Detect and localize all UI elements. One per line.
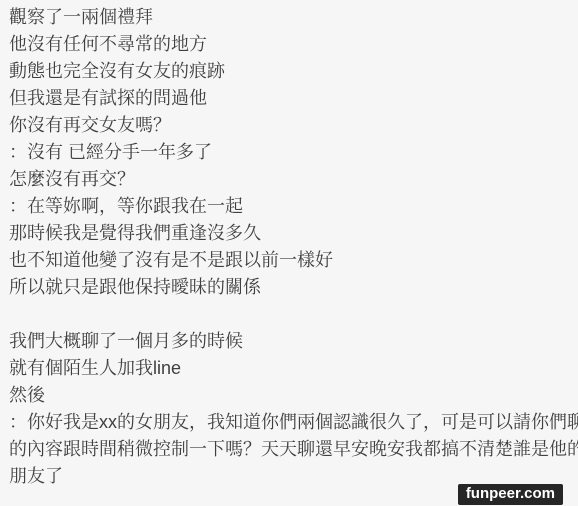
watermark-badge: funpeer.com [458, 484, 563, 505]
text-line: 我們大概聊了一個月多的時候 [9, 328, 570, 355]
text-line: 他沒有任何不尋常的地方 [9, 31, 570, 58]
text-line: 怎麼沒有再交？ [9, 166, 570, 193]
text-line: 動態也完全沒有女友的痕跡 [9, 58, 570, 85]
blank-line [9, 301, 570, 328]
text-line: 就有個陌生人加我line [9, 355, 570, 382]
text-line: ：你好我是xx的女朋友，我知道你們兩個認識很久了，可是可以請你們聊天 [9, 409, 570, 436]
text-line: 但我還是有試探的問過他 [9, 85, 570, 112]
text-line: 觀察了一兩個禮拜 [9, 4, 570, 31]
text-line: 然後 [9, 382, 570, 409]
text-line: 你沒有再交女友嗎？ [9, 112, 570, 139]
text-line: 那時候我是覺得我們重逢沒多久 [9, 220, 570, 247]
text-line: ：在等妳啊，等你跟我在一起 [9, 193, 570, 220]
story-text: 觀察了一兩個禮拜 他沒有任何不尋常的地方 動態也完全沒有女友的痕跡 但我還是有試… [0, 0, 578, 490]
text-line: 的內容跟時間稍微控制一下嗎？天天聊還早安晚安我都搞不清楚誰是他的女 [9, 436, 570, 463]
text-line: ：沒有 已經分手一年多了 [9, 139, 570, 166]
text-line: 所以就只是跟他保持曖昧的關係 [9, 274, 570, 301]
text-line: 也不知道他變了沒有是不是跟以前一樣好 [9, 247, 570, 274]
